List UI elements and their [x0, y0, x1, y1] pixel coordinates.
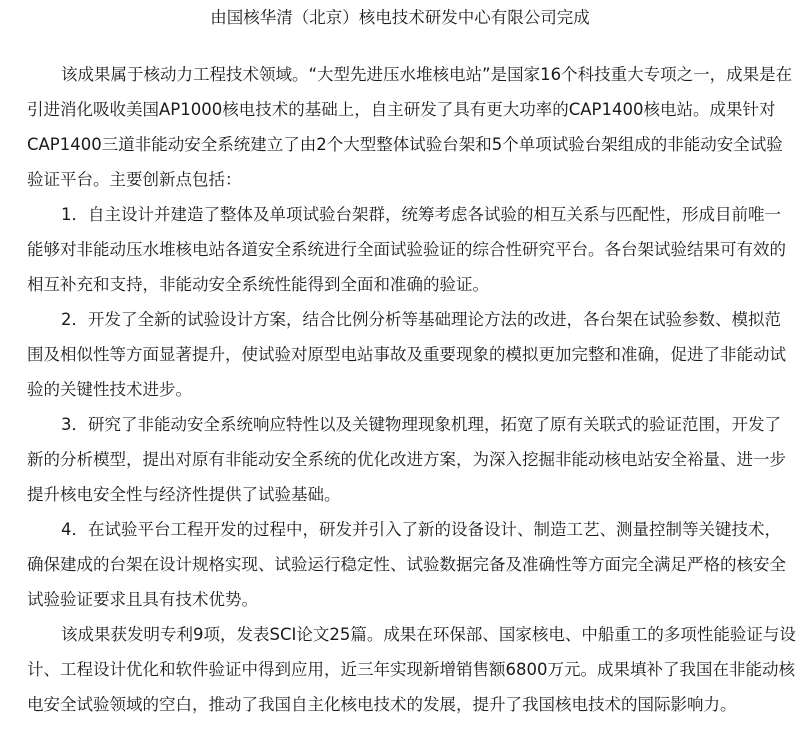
paragraph-final-line-3: 电安全试验领域的空白，推动了我国自主化核电技术的发展，提升了我国核电技术的国际影… — [27, 693, 775, 717]
item-4-line-2: 确保建成的台架在设计规格实现、试验运行稳定性、试验数据完备及准确性等方面完全满足… — [27, 553, 775, 577]
item-3-line-3: 提升核电安全性与经济性提供了试验基础。 — [27, 483, 775, 507]
item-3-line-2: 新的分析模型，提出对原有非能动安全系统的优化改进方案，为深入挖掘非能动核电站安全… — [27, 448, 775, 472]
item-2-line-1: 2．开发了全新的试验设计方案，结合比例分析等基础理论方法的改进，各台架在试验参数… — [61, 308, 775, 332]
item-1-line-2: 能够对非能动压水堆核电站各道安全系统进行全面试验验证的综合性研究平台。各台架试验… — [27, 238, 775, 262]
item-1-line-1: 1．自主设计并建造了整体及单项试验台架群，统筹考虑各试验的相互关系与匹配性，形成… — [61, 203, 775, 227]
item-4-line-3: 试验验证要求且具有技术优势。 — [27, 588, 775, 612]
paragraph-1-line-2: 引进消化吸收美国AP1000核电技术的基础上，自主研发了具有更大功率的CAP14… — [27, 98, 775, 122]
item-2-line-2: 围及相似性等方面显著提升，使试验对原型电站事故及重要现象的模拟更加完整和准确，促… — [27, 343, 775, 367]
document-page: 由国核华清（北京）核电技术研发中心有限公司完成 该成果属于核动力工程技术领域。“… — [0, 0, 800, 751]
paragraph-final-line-1: 该成果获发明专利9项，发表SCI论文25篇。成果在环保部、国家核电、中船重工的多… — [61, 623, 775, 647]
item-3-line-1: 3．研究了非能动安全系统响应特性以及关键物理现象机理，拓宽了原有关联式的验证范围… — [61, 413, 775, 437]
item-2-line-3: 验的关键性技术进步。 — [27, 378, 775, 402]
item-4-line-1: 4．在试验平台工程开发的过程中，研发并引入了新的设备设计、制造工艺、测量控制等关… — [61, 518, 775, 542]
paragraph-1-line-1: 该成果属于核动力工程技术领域。“大型先进压水堆核电站”是国家16个科技重大专项之… — [61, 63, 775, 87]
paragraph-1-line-3: CAP1400三道非能动安全系统建立了由2个大型整体试验台架和5个单项试验台架组… — [27, 133, 775, 157]
paragraph-1-line-4: 验证平台。主要创新点包括： — [27, 168, 775, 192]
paragraph-final-line-2: 计、工程设计优化和软件验证中得到应用，近三年实现新增销售额6800万元。成果填补… — [27, 658, 775, 682]
document-title: 由国核华清（北京）核电技术研发中心有限公司完成 — [0, 6, 800, 30]
item-1-line-3: 相互补充和支持，非能动安全系统性能得到全面和准确的验证。 — [27, 273, 775, 297]
